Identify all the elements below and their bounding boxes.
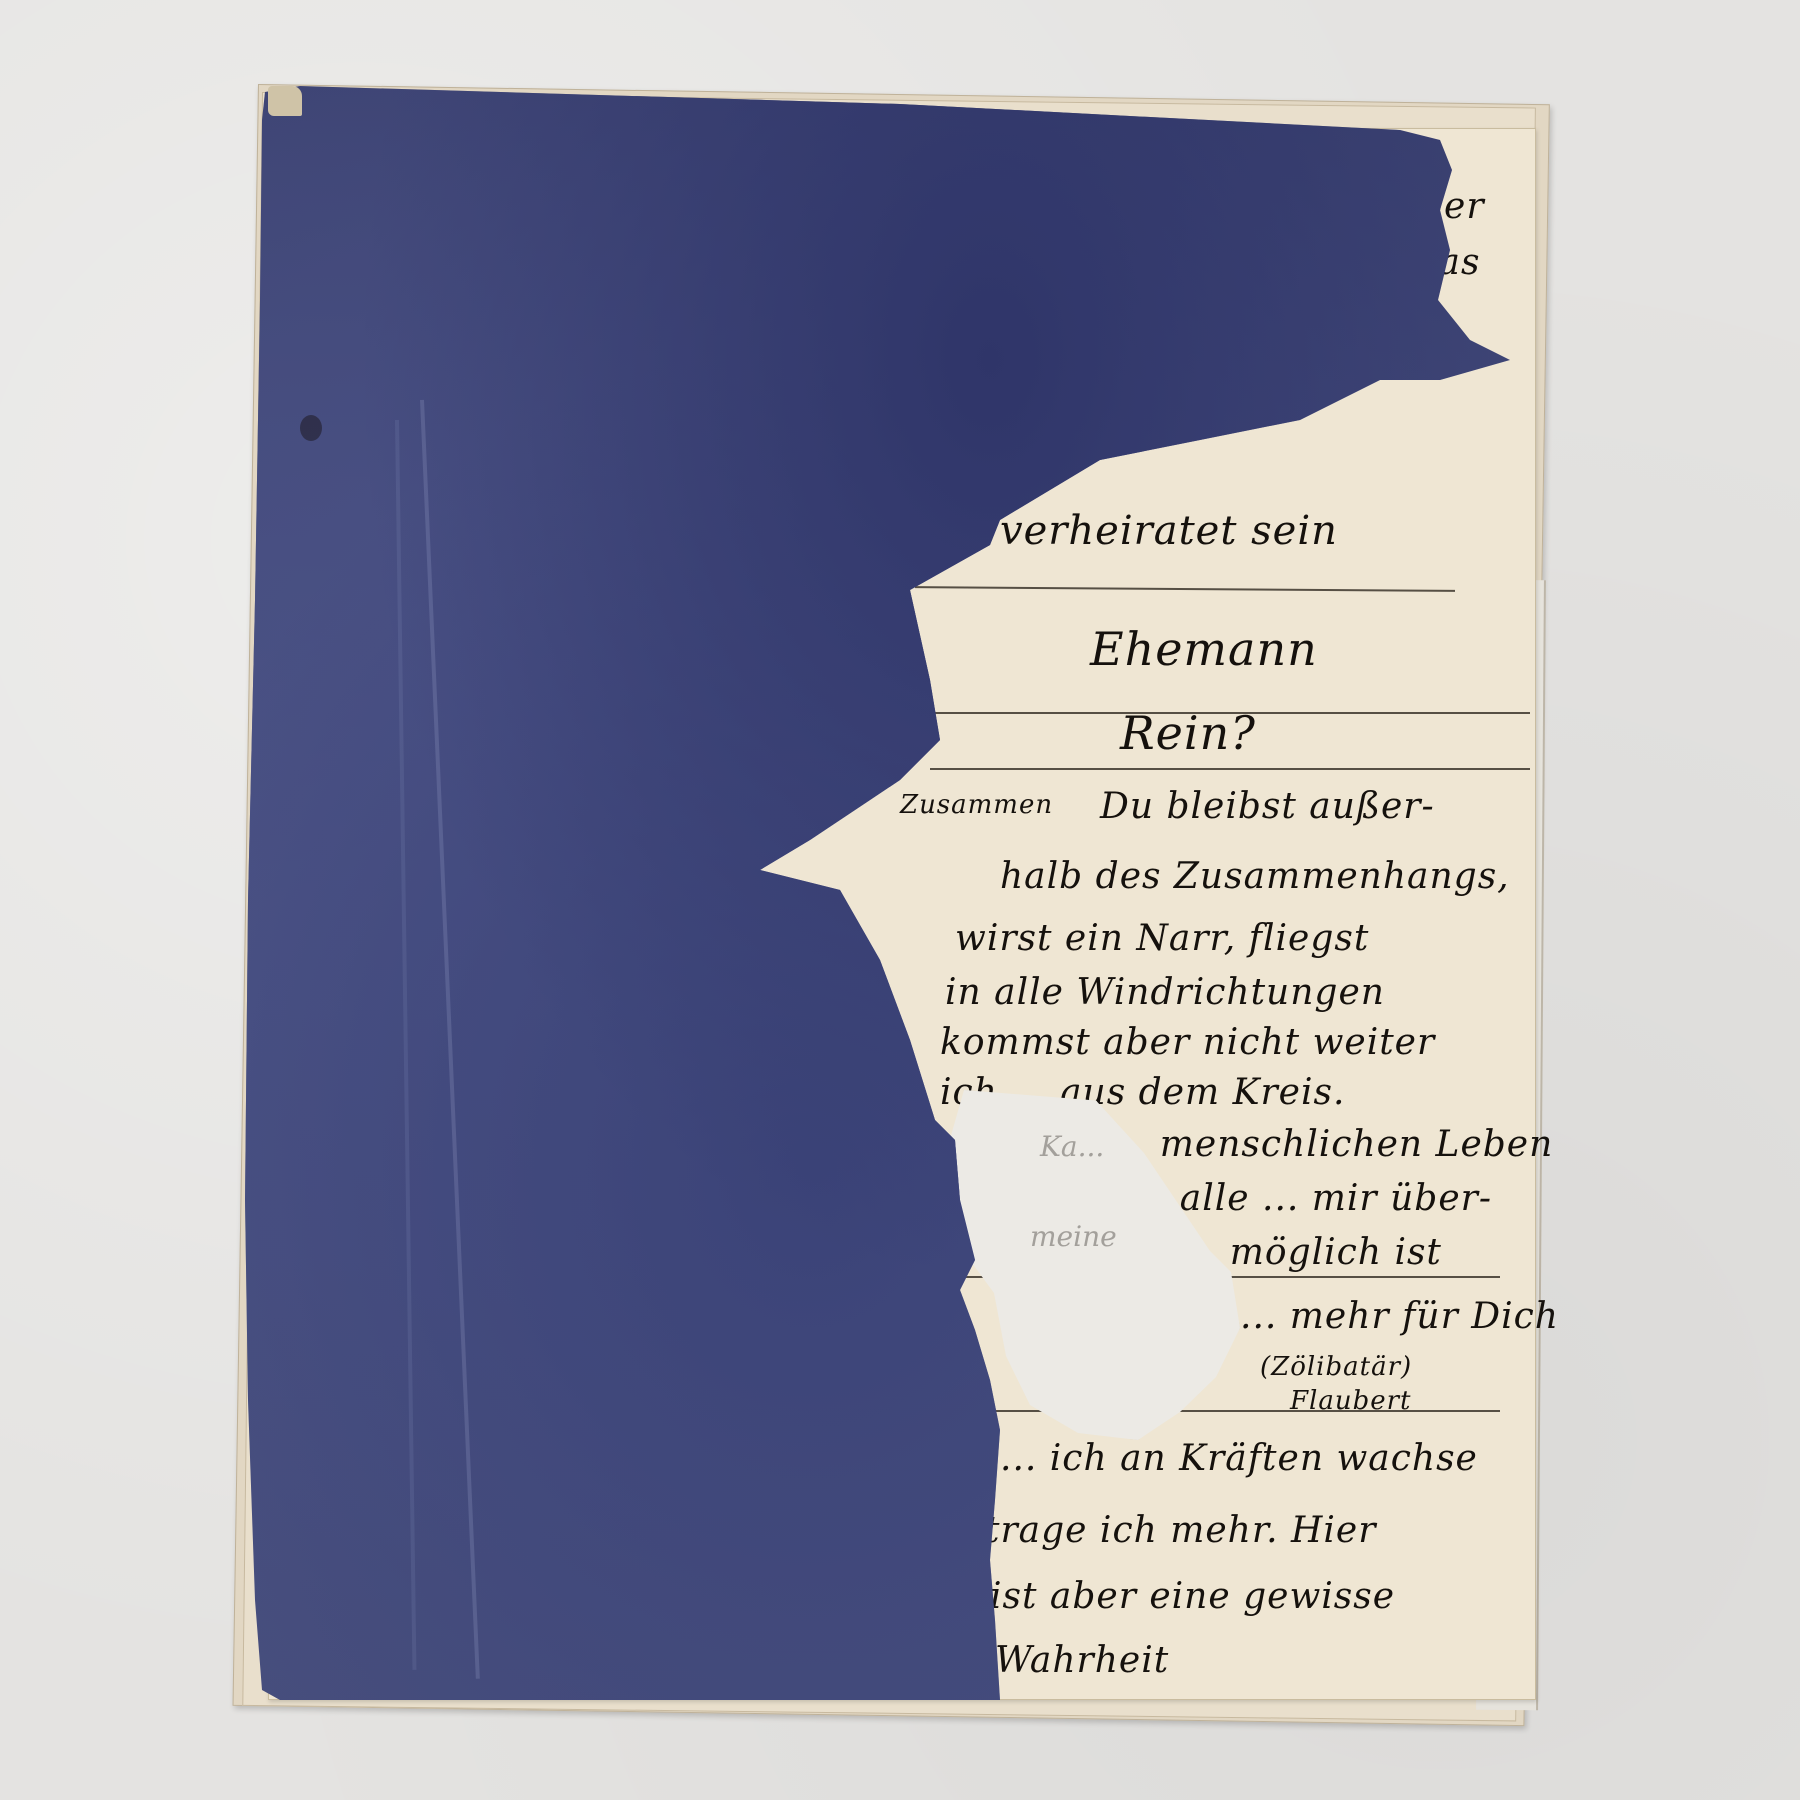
- body-line: trage ich mehr. Hier: [985, 1510, 1376, 1551]
- body-line: ... ich an Kräften wachse: [1000, 1438, 1478, 1479]
- body-line: ... menschlichen Leben: [1110, 1124, 1553, 1165]
- body-line: in alle Windrichtungen: [945, 972, 1385, 1013]
- margin-note: Zusammen: [900, 790, 1053, 820]
- body-line: ... mehr für Dich: [1240, 1296, 1559, 1337]
- body-line: ist aber eine gewisse: [990, 1576, 1395, 1617]
- section-heading-verheiratet: verheiratet sein: [1000, 508, 1338, 554]
- body-line: halb des Zusammenhangs,: [1000, 856, 1510, 897]
- photo-scene: ber las verheiratet sein Ehemann Rein? Z…: [0, 0, 1800, 1800]
- scrap-faint-text: meine: [1030, 1220, 1117, 1253]
- body-line: kommst aber nicht weiter: [940, 1022, 1435, 1063]
- cover-stain: [300, 415, 322, 441]
- body-line: Du bleibst außer-: [1100, 786, 1435, 827]
- parenthetical-note: (Zölibatär): [1260, 1352, 1412, 1382]
- ruled-line: [930, 768, 1530, 770]
- body-line: wirst ein Narr, fliegst: [955, 918, 1369, 959]
- section-heading-ehemann: Ehemann: [1090, 622, 1318, 676]
- section-heading-rein: Rein?: [1120, 706, 1256, 760]
- spine-corner-tear: [268, 86, 302, 116]
- scrap-faint-text: Ka...: [1040, 1130, 1104, 1163]
- body-line: Wahrheit: [995, 1640, 1169, 1681]
